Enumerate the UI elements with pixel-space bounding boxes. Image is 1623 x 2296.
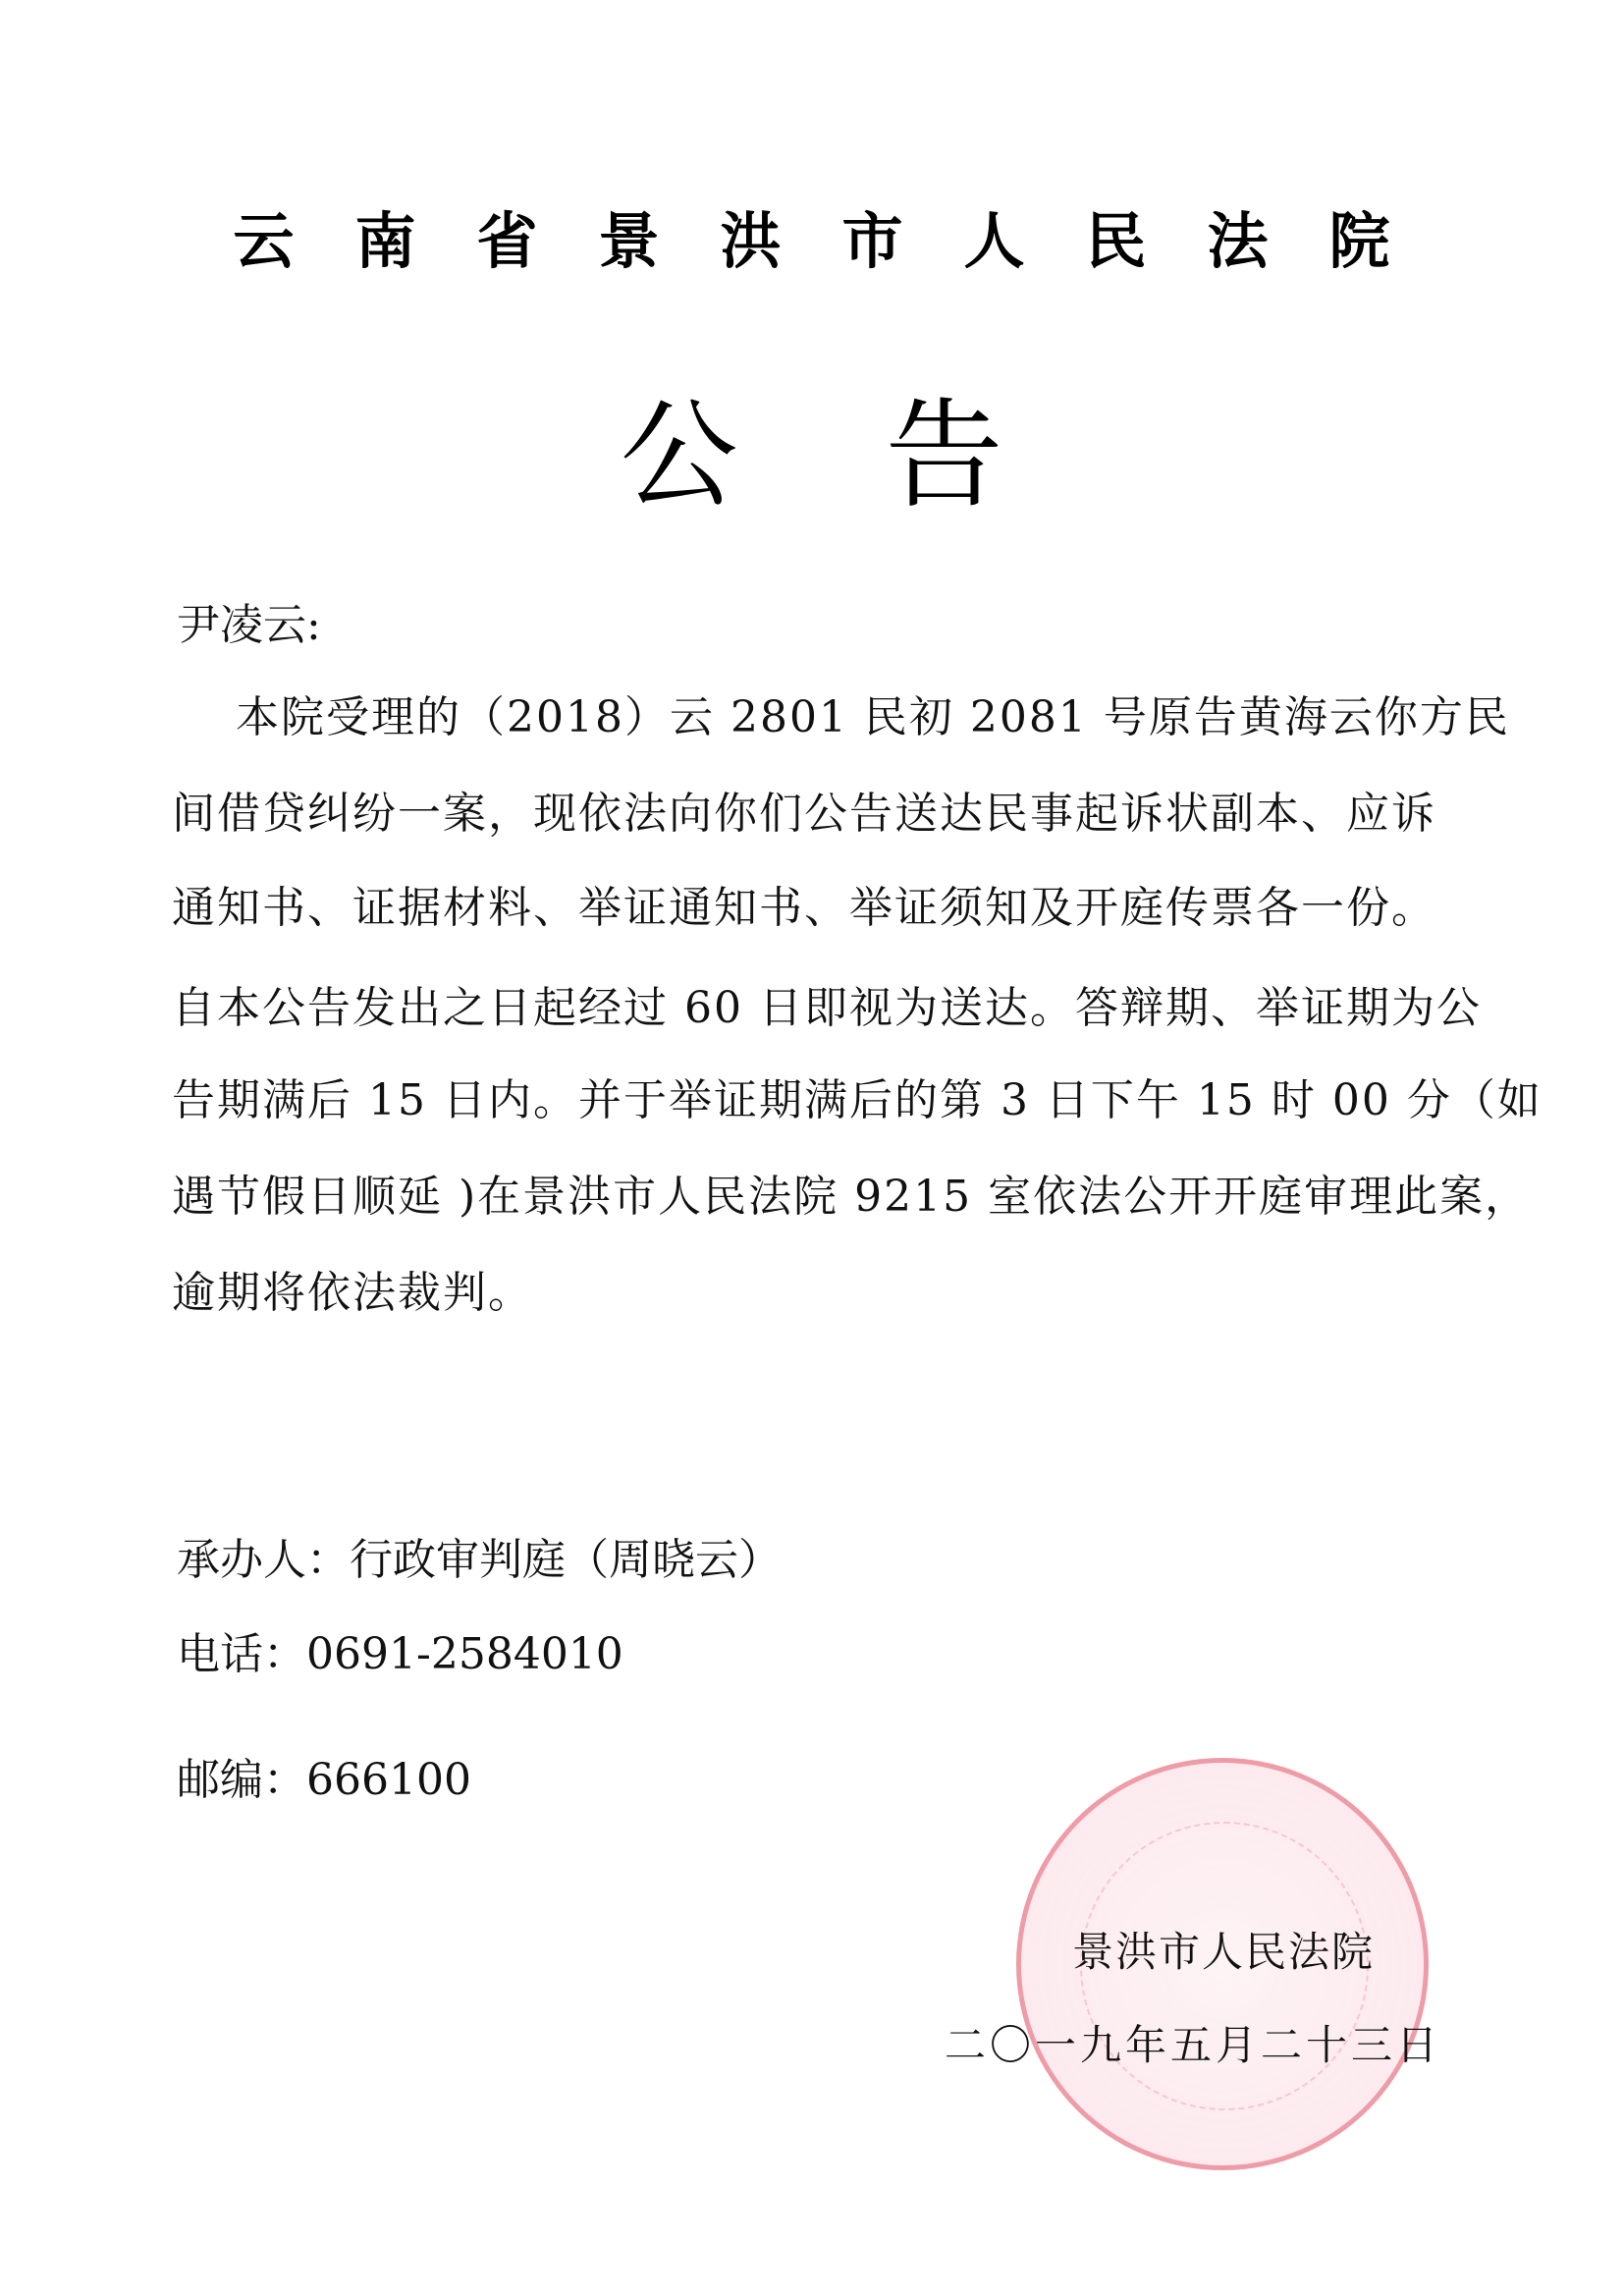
body-line-5: 告期满后 15 日内。并于举证期满后的第 3 日下午 15 时 00 分（如 — [172, 1065, 1542, 1127]
contact-handler: 承办人：行政审判庭（周晓云） — [177, 1524, 782, 1587]
body-line-1: 本院受理的（2018）云 2801 民初 2081 号原告黄海云你方民 — [236, 682, 1510, 744]
signature-court: 景洪市人民法院 — [1072, 1920, 1375, 1979]
body-line-4: 自本公告发出之日起经过 60 日即视为送达。答辩期、举证期为公 — [172, 972, 1482, 1035]
body-line-7: 逾期将依法裁判。 — [172, 1257, 533, 1320]
addressee: 尹凌云: — [177, 589, 321, 652]
notice-title: 公告 — [0, 361, 1623, 530]
contact-zip: 邮编：666100 — [177, 1744, 471, 1807]
body-line-6: 遇节假日顺延 )在景洪市人民法院 9215 室依法公开开庭审理此案， — [172, 1161, 1530, 1224]
body-line-3: 通知书、证据材料、举证通知书、举证须知及开庭传票各一份。 — [172, 872, 1436, 935]
contact-phone: 电话：0691-2584010 — [177, 1618, 623, 1681]
body-line-2: 间借贷纠纷一案，现依法向你们公告送达民事起诉状副本、应诉 — [172, 778, 1436, 841]
court-header: 云南省景洪市人民法院 — [0, 192, 1623, 280]
signature-date: 二〇一九年五月二十三日 — [945, 2013, 1441, 2072]
